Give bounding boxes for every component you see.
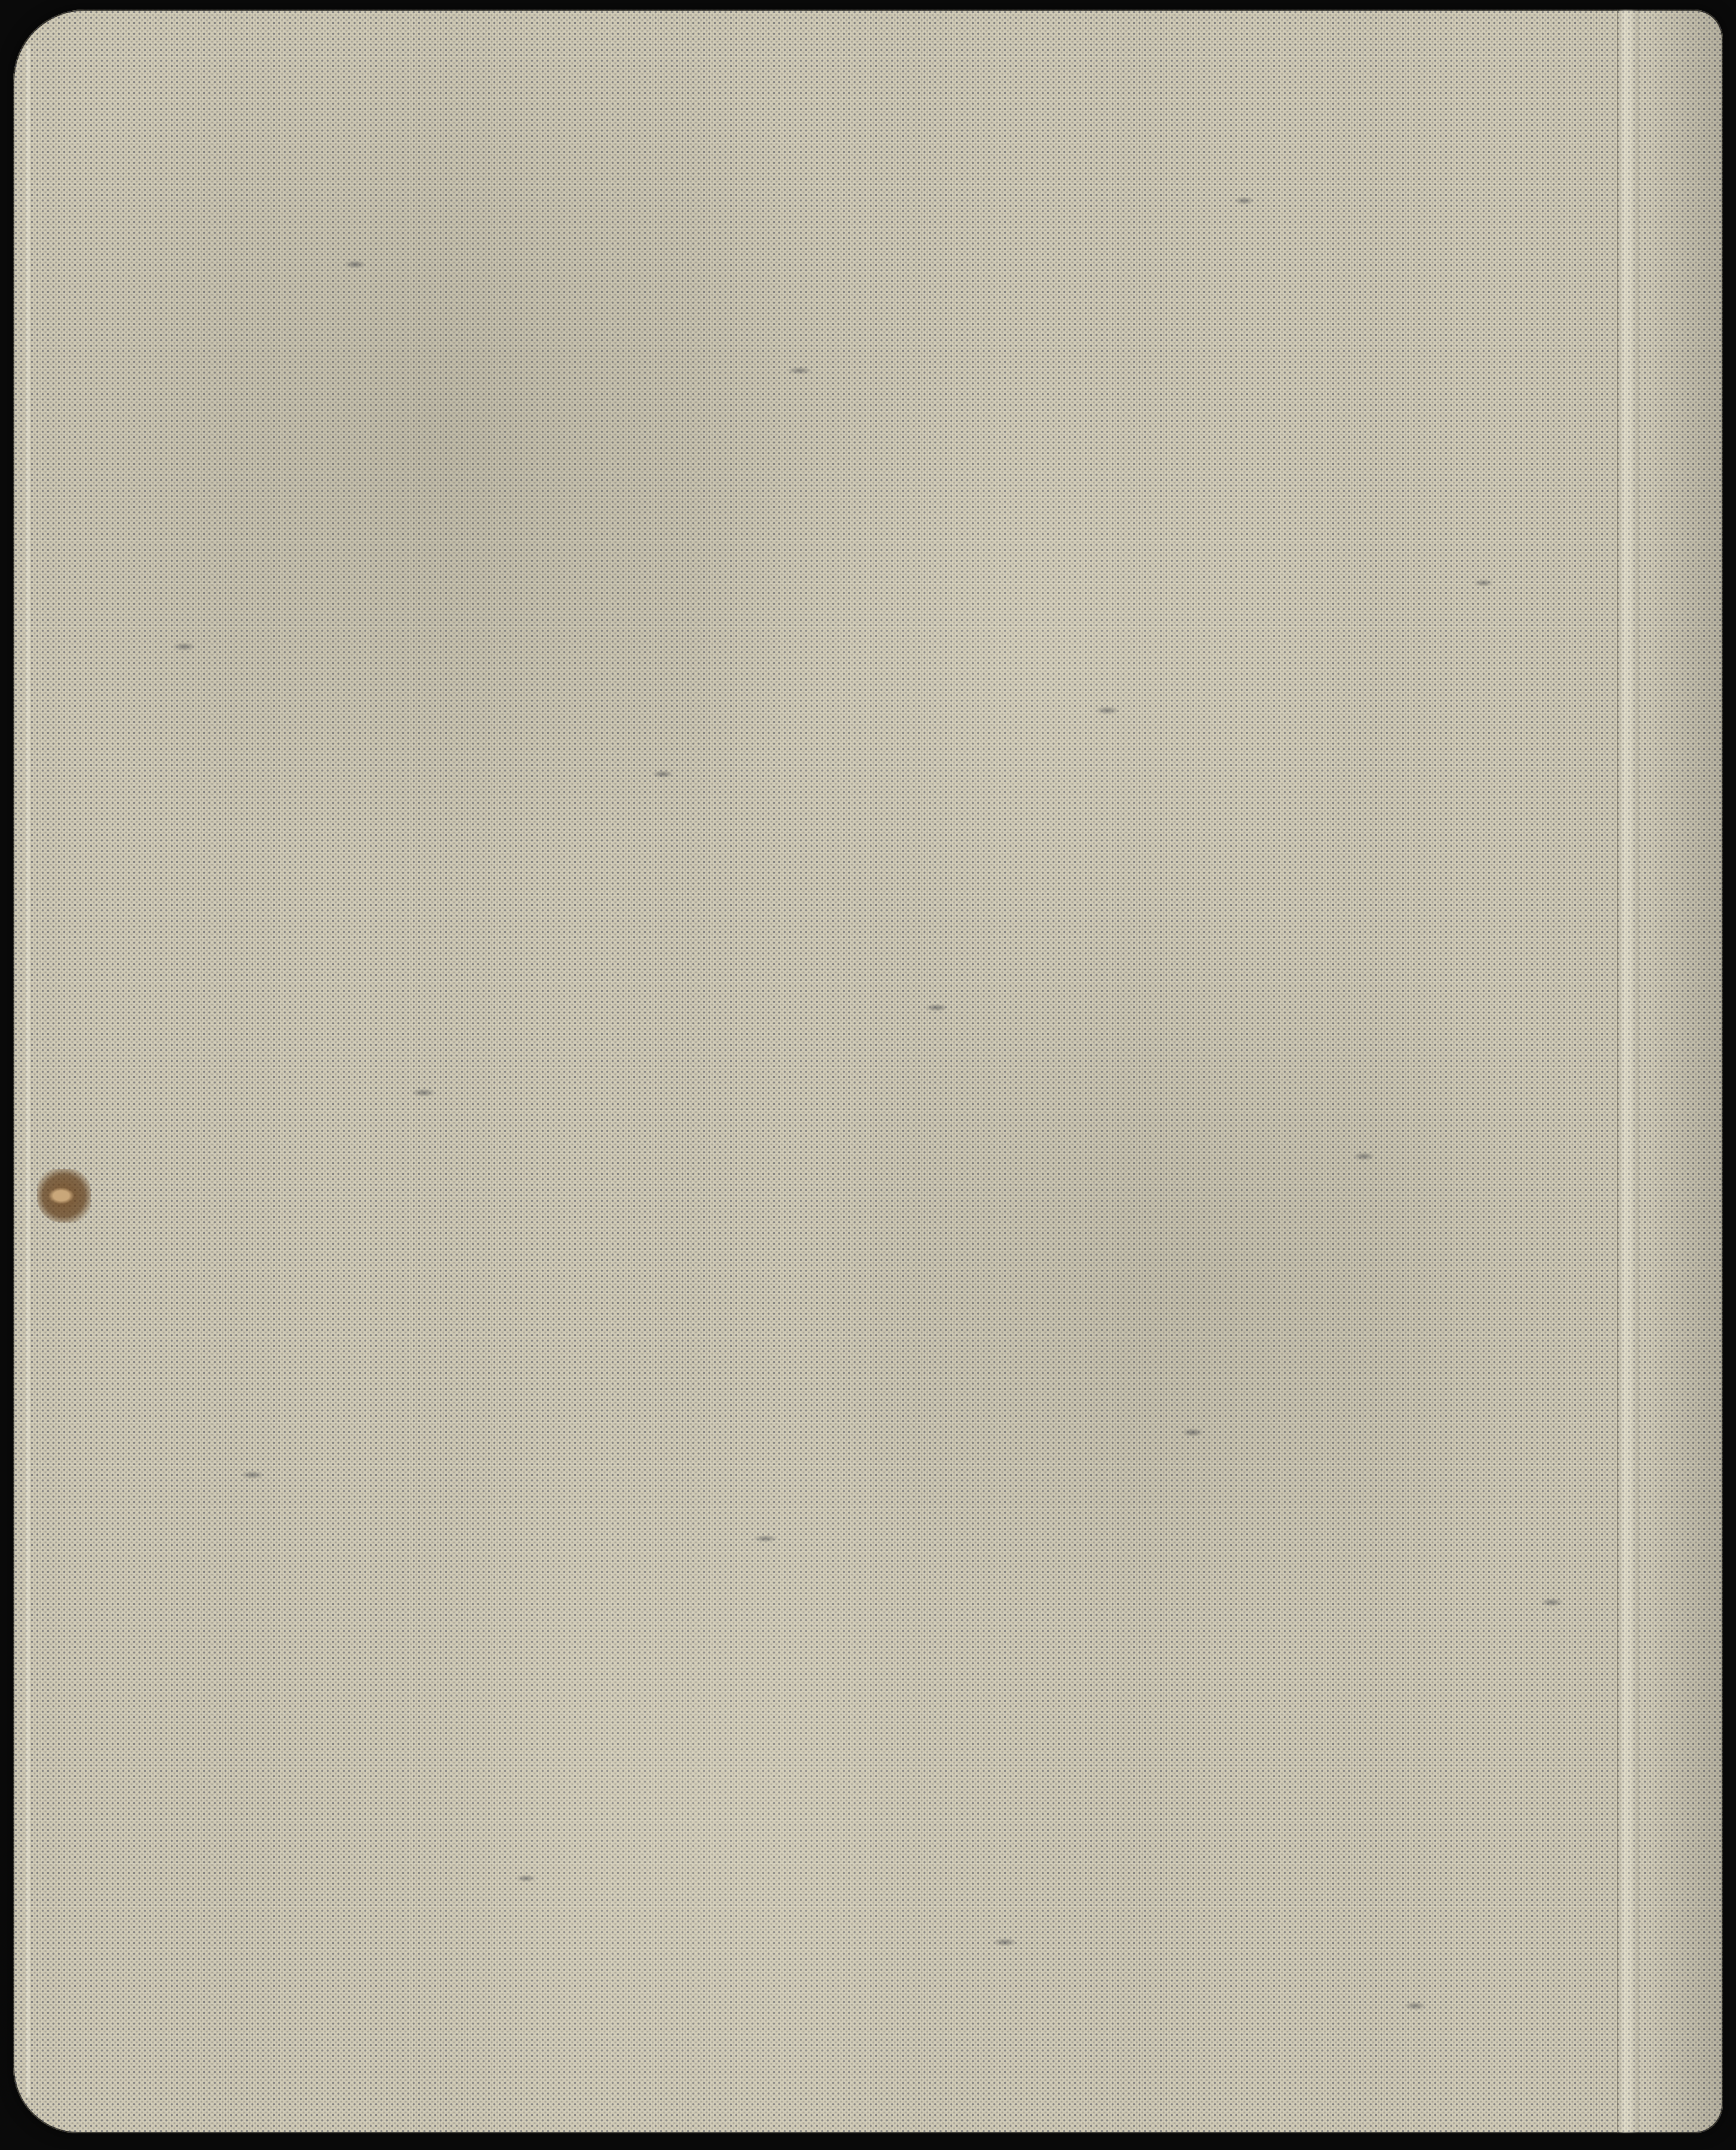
left-board-edge	[26, 45, 30, 2097]
book-back-cover	[13, 10, 1723, 2133]
spine-hinge-groove	[1617, 10, 1639, 2133]
dark-fleck-texture	[13, 10, 1723, 2133]
spine-edge	[1639, 10, 1723, 2133]
stain-mark	[37, 1169, 91, 1223]
